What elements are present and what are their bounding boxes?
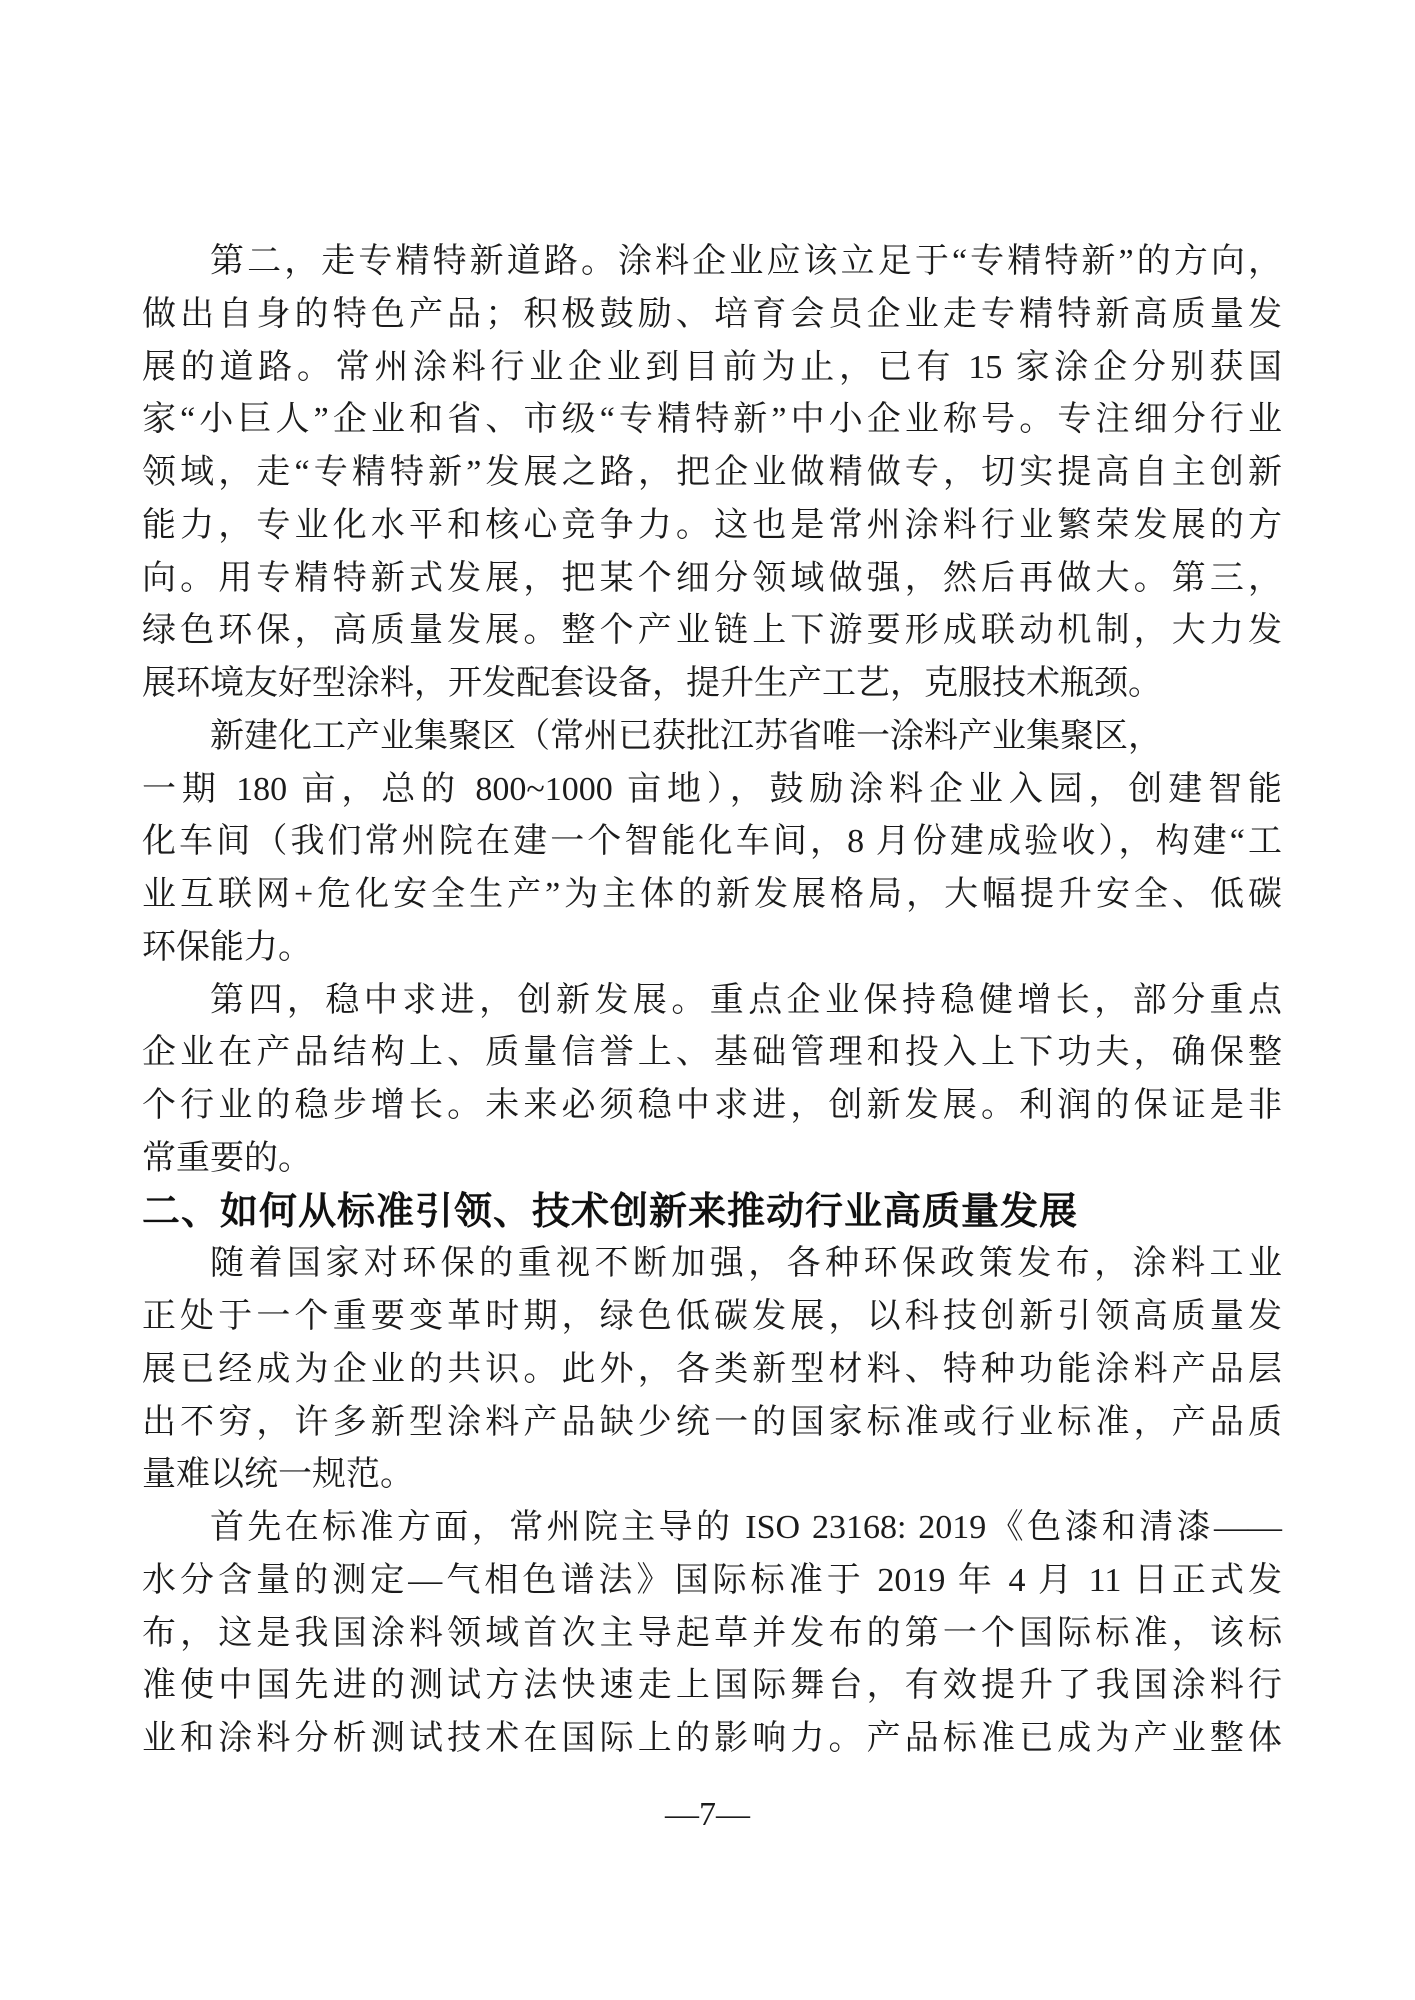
document-page: 第二，走专精特新道路。涂料企业应该立足于“专精特新”的方向，做出自身的特色产品；… [0, 0, 1415, 2000]
text-line: 绿色环保，高质量发展。整个产业链上下游要形成联动机制，大力发 [142, 605, 1282, 658]
text-line: 新建化工产业集聚区（常州已获批江苏省唯一涂料产业集聚区， [142, 711, 1282, 764]
text-line: 出不穷，许多新型涂料产品缺少统一的国家标准或行业标准，产品质 [142, 1397, 1282, 1450]
text-line: 水分含量的测定—气相色谱法》国际标准于 2019 年 4 月 11 日正式发 [142, 1555, 1282, 1608]
text-line: 个行业的稳步增长。未来必须稳中求进，创新发展。利润的保证是非 [142, 1080, 1282, 1133]
text-line: 能力，专业化水平和核心竞争力。这也是常州涂料行业繁荣发展的方 [142, 500, 1282, 553]
text-line: 第二，走专精特新道路。涂料企业应该立足于“专精特新”的方向， [142, 236, 1282, 289]
page-number: —7— [0, 1796, 1415, 1834]
page-content: 第二，走专精特新道路。涂料企业应该立足于“专精特新”的方向，做出自身的特色产品；… [142, 236, 1282, 1766]
text-line: 一期 180 亩，总的 800~1000 亩地），鼓励涂料企业入园，创建智能 [142, 764, 1282, 817]
text-line: 展的道路。常州涂料行业企业到目前为止，已有 15 家涂企分别获国 [142, 342, 1282, 395]
text-line: 企业在产品结构上、质量信誉上、基础管理和投入上下功夫，确保整 [142, 1027, 1282, 1080]
text-line: 做出自身的特色产品；积极鼓励、培育会员企业走专精特新高质量发 [142, 289, 1282, 342]
text-line: 正处于一个重要变革时期，绿色低碳发展，以科技创新引领高质量发 [142, 1291, 1282, 1344]
text-line: 第四，稳中求进，创新发展。重点企业保持稳健增长，部分重点 [142, 975, 1282, 1028]
text-line: 环保能力。 [142, 922, 1282, 975]
text-line: 业互联网+危化安全生产”为主体的新发展格局，大幅提升安全、低碳 [142, 869, 1282, 922]
text-line: 展环境友好型涂料，开发配套设备，提升生产工艺，克服技术瓶颈。 [142, 658, 1282, 711]
text-line: 常重要的。 [142, 1133, 1282, 1186]
text-line: 业和涂料分析测试技术在国际上的影响力。产品标准已成为产业整体 [142, 1713, 1282, 1766]
text-line: 准使中国先进的测试方法快速走上国际舞台，有效提升了我国涂料行 [142, 1660, 1282, 1713]
text-line: 向。用专精特新式发展，把某个细分领域做强，然后再做大。第三， [142, 553, 1282, 606]
text-line: 化车间（我们常州院在建一个智能化车间，8 月份建成验收），构建“工 [142, 816, 1282, 869]
text-line: 展已经成为企业的共识。此外，各类新型材料、特种功能涂料产品层 [142, 1344, 1282, 1397]
text-line: 布，这是我国涂料领域首次主导起草并发布的第一个国际标准，该标 [142, 1608, 1282, 1661]
section-heading: 二、如何从标准引领、技术创新来推动行业高质量发展 [142, 1186, 1282, 1239]
text-line: 量难以统一规范。 [142, 1449, 1282, 1502]
text-line: 首先在标准方面，常州院主导的 ISO 23168: 2019《色漆和清漆—— [142, 1502, 1282, 1555]
text-line: 家“小巨人”企业和省、市级“专精特新”中小企业称号。专注细分行业 [142, 394, 1282, 447]
text-line: 领域，走“专精特新”发展之路，把企业做精做专，切实提高自主创新 [142, 447, 1282, 500]
text-line: 随着国家对环保的重视不断加强，各种环保政策发布，涂料工业 [142, 1238, 1282, 1291]
